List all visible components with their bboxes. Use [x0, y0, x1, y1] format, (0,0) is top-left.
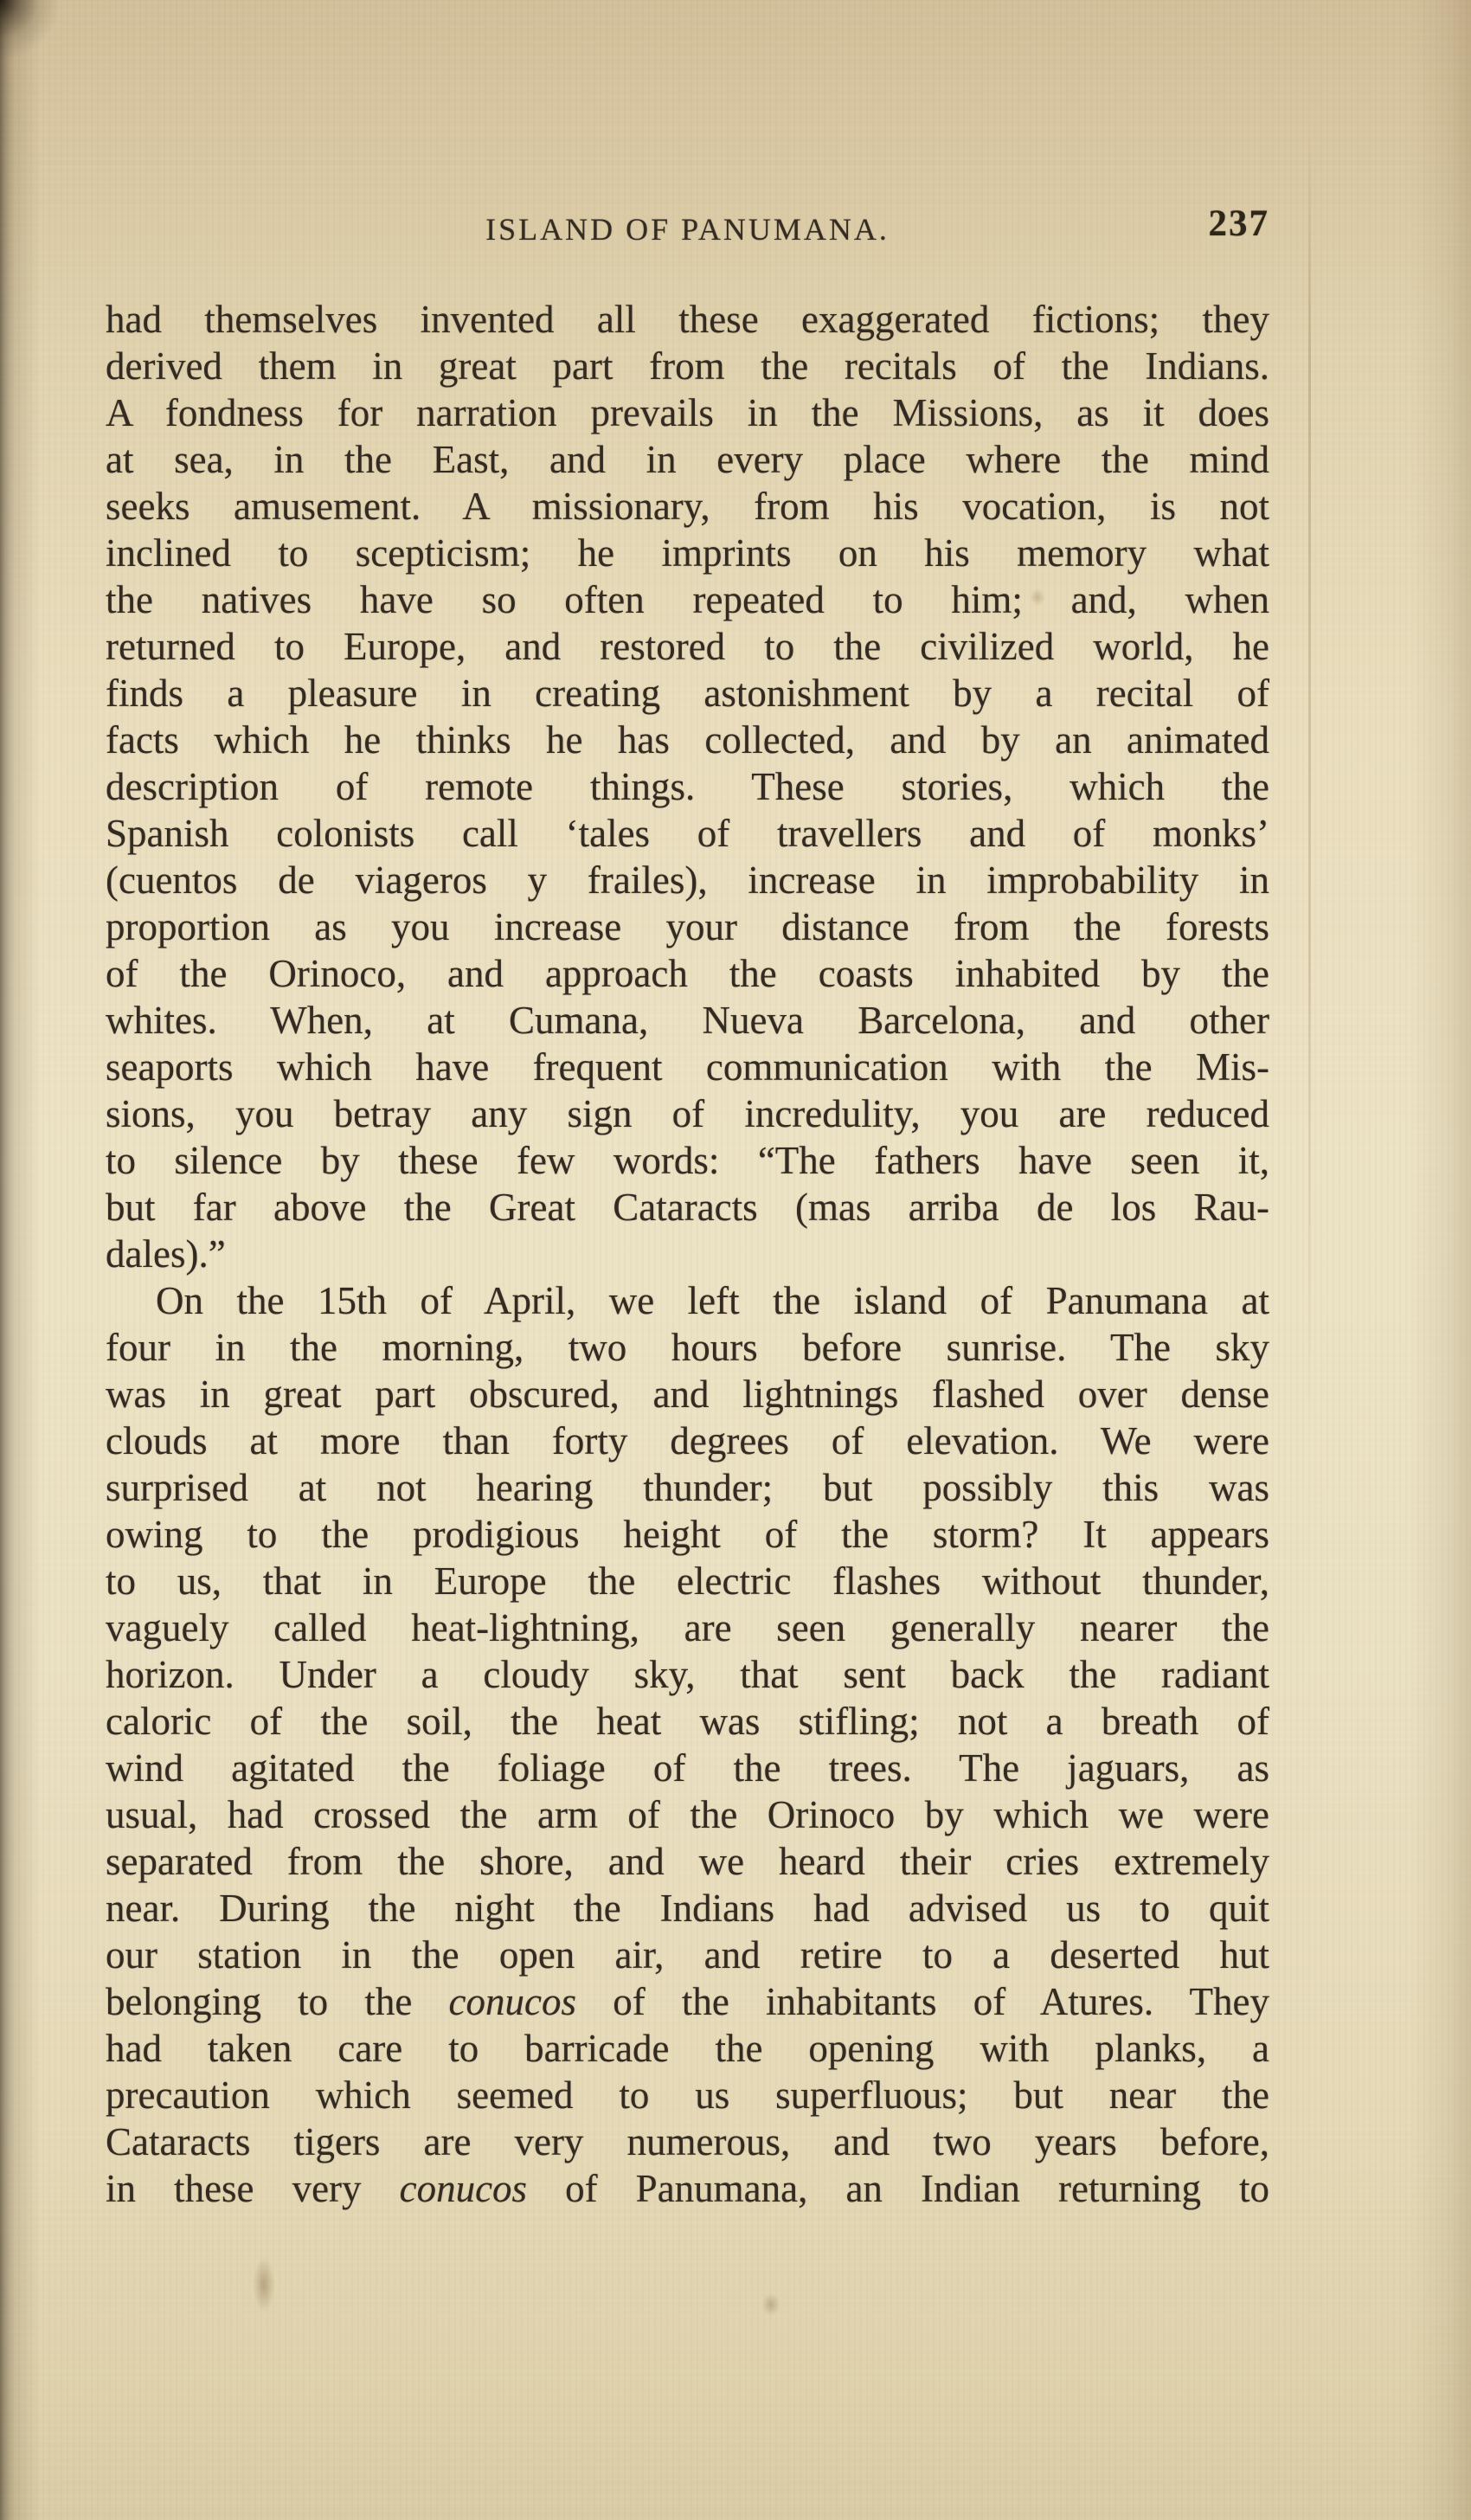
- text-line: wind agitated the foliage of the trees. …: [106, 1745, 1269, 1791]
- text-line: precaution which seemed to us superfluou…: [106, 2072, 1269, 2118]
- text-line: of the Orinoco, and approach the coasts …: [106, 950, 1269, 997]
- text-line: to us, that in Europe the electric flash…: [106, 1558, 1269, 1604]
- scan-corner-shadow: [0, 0, 95, 95]
- scan-edge-left: [0, 0, 40, 2520]
- text-line: but far above the Great Cataracts (mas a…: [106, 1184, 1269, 1231]
- text-line: our station in the open air, and retire …: [106, 1932, 1269, 1978]
- paper-crease: [1308, 121, 1311, 1419]
- text-line: had themselves invented all these exagge…: [106, 296, 1269, 343]
- text-line: clouds at more than forty degrees of ele…: [106, 1417, 1269, 1464]
- text-line: seaports which have frequent communicati…: [106, 1044, 1269, 1090]
- text-line: the natives have so often repeated to hi…: [106, 576, 1269, 623]
- text-line: in these very conucos of Panumana, an In…: [106, 2165, 1269, 2212]
- text-line: usual, had crossed the arm of the Orinoc…: [106, 1791, 1269, 1838]
- text-line: seeks amusement. A missionary, from his …: [106, 483, 1269, 530]
- text-line: horizon. Under a cloudy sky, that sent b…: [106, 1651, 1269, 1698]
- text-line: owing to the prodigious height of the st…: [106, 1511, 1269, 1558]
- text-line: Spanish colonists call ‘tales of travell…: [106, 810, 1269, 857]
- text-line: sions, you betray any sign of incredulit…: [106, 1090, 1269, 1137]
- text-line: finds a pleasure in creating astonishmen…: [106, 670, 1269, 717]
- text-line: at sea, in the East, and in every place …: [106, 436, 1269, 483]
- text-line: description of remote things. These stor…: [106, 763, 1269, 810]
- text-block: had themselves invented all these exagge…: [106, 296, 1269, 2212]
- text-line: On the 15th of April, we left the island…: [106, 1277, 1269, 1324]
- text-line: caloric of the soil, the heat was stifli…: [106, 1698, 1269, 1745]
- text-line: to silence by these few words: “The fath…: [106, 1137, 1269, 1184]
- text-line: facts which he thinks he has collected, …: [106, 717, 1269, 763]
- text-line: vaguely called heat-lightning, are seen …: [106, 1604, 1269, 1651]
- paper-stain: [761, 2293, 780, 2316]
- page-number: 237: [1209, 202, 1270, 245]
- text-line: separated from the shore, and we heard t…: [106, 1838, 1269, 1885]
- book-page-scan: ISLAND OF PANUMANA. 237 had themselves i…: [0, 0, 1471, 2520]
- text-line: surprised at not hearing thunder; but po…: [106, 1464, 1269, 1511]
- text-line: dales).”: [106, 1231, 1269, 1277]
- text-line: (cuentos de viageros y frailes), increas…: [106, 857, 1269, 903]
- text-line: was in great part obscured, and lightnin…: [106, 1371, 1269, 1417]
- text-line: belonging to the conucos of the inhabita…: [106, 1978, 1269, 2025]
- running-head-title: ISLAND OF PANUMANA.: [485, 212, 890, 247]
- text-line: near. During the night the Indians had a…: [106, 1885, 1269, 1932]
- paper-stain: [253, 2257, 275, 2312]
- text-line: derived them in great part from the reci…: [106, 343, 1269, 389]
- scan-edge-right: [1410, 0, 1471, 2520]
- text-line: returned to Europe, and restored to the …: [106, 623, 1269, 670]
- running-head: ISLAND OF PANUMANA. 237: [106, 211, 1269, 247]
- text-line: Cataracts tigers are very numerous, and …: [106, 2118, 1269, 2165]
- text-line: proportion as you increase your distance…: [106, 903, 1269, 950]
- text-line: had taken care to barricade the opening …: [106, 2025, 1269, 2072]
- text-line: A fondness for narration prevails in the…: [106, 389, 1269, 436]
- text-line: four in the morning, two hours before su…: [106, 1324, 1269, 1371]
- text-line: inclined to scepticism; he imprints on h…: [106, 530, 1269, 576]
- text-line: whites. When, at Cumana, Nueva Barcelona…: [106, 997, 1269, 1044]
